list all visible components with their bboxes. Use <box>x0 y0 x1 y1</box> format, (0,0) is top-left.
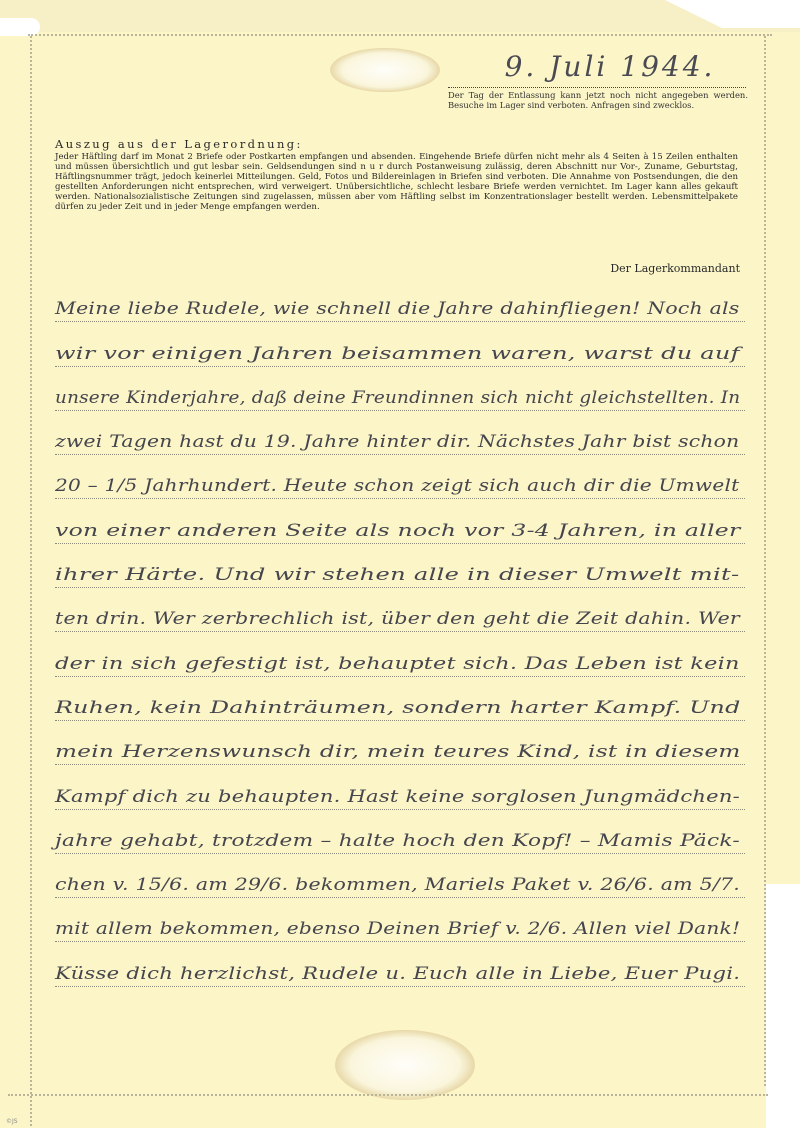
date-rule <box>448 87 746 88</box>
letter-line-text: der in sich gefestigt ist, behauptet sic… <box>55 654 740 674</box>
letter-line: mit allem bekommen, ebenso Deinen Brief … <box>55 898 745 942</box>
letter-line: mein Herzenswunsch dir, mein teures Kind… <box>55 721 745 765</box>
letter-line-text: wir vor einigen Jahren beisammen waren, … <box>55 344 740 364</box>
perforation-line <box>764 36 766 1086</box>
release-notice: Der Tag der Entlassung kann jetzt noch n… <box>448 90 748 110</box>
perforation-line <box>28 34 772 36</box>
letter-line-text: von einer anderen Seite als noch vor 3-4… <box>55 521 741 541</box>
letter-line: von einer anderen Seite als noch vor 3-4… <box>55 499 745 543</box>
letter-line-text: Ruhen, kein Dahinträumen, sondern harter… <box>55 698 741 718</box>
letter-line: chen v. 15/6. am 29/6. bekommen, Mariels… <box>55 854 745 898</box>
letter-line-text: ten drin. Wer zerbrechlich ist, über den… <box>55 609 740 629</box>
letter-line: Kampf dich zu behaupten. Hast keine sorg… <box>55 765 745 809</box>
letter-line-text: unsere Kinderjahre, daß deine Freundinne… <box>55 388 740 408</box>
letter-line: Küsse dich herzlichst, Rudele u. Euch al… <box>55 942 745 986</box>
letter-line-text: 20 – 1/5 Jahrhundert. Heute schon zeigt … <box>55 476 739 496</box>
letter-line-text: Küsse dich herzlichst, Rudele u. Euch al… <box>55 964 740 984</box>
letter-line: wir vor einigen Jahren beisammen waren, … <box>55 322 745 366</box>
letter-line-text: Kampf dich zu behaupten. Hast keine sorg… <box>55 787 740 807</box>
letter-line-text: ihrer Härte. Und wir stehen alle in dies… <box>55 565 739 585</box>
letter-line: zwei Tagen hast du 19. Jahre hinter dir.… <box>55 411 745 455</box>
letter-line: ten drin. Wer zerbrechlich ist, über den… <box>55 588 745 632</box>
missing-paper-region <box>766 884 800 1140</box>
letter-line: Ruhen, kein Dahinträumen, sondern harter… <box>55 677 745 721</box>
letter-line: 20 – 1/5 Jahrhundert. Heute schon zeigt … <box>55 455 745 499</box>
page-margin <box>0 1128 800 1140</box>
letter-line-text: chen v. 15/6. am 29/6. bekommen, Mariels… <box>55 875 740 895</box>
perforation-line <box>30 36 32 1126</box>
letter-line-text: jahre gehabt, trotzdem – halte hoch den … <box>55 831 740 851</box>
commandant-signature: Der Lagerkommandant <box>560 262 740 275</box>
handwritten-letter: Meine liebe Rudele, wie schnell die Jahr… <box>55 278 745 987</box>
water-stain <box>335 1030 475 1100</box>
letter-line: der in sich gefestigt ist, behauptet sic… <box>55 632 745 676</box>
letter-line-text: mit allem bekommen, ebenso Deinen Brief … <box>55 919 740 939</box>
letter-line-text: zwei Tagen hast du 19. Jahre hinter dir.… <box>55 432 739 452</box>
copyright-mark: ©JS <box>6 1118 18 1125</box>
water-stain <box>330 48 440 92</box>
perforation-line <box>8 1094 768 1096</box>
letter-line: Meine liebe Rudele, wie schnell die Jahr… <box>55 278 745 322</box>
regulations-text: Jeder Häftling darf im Monat 2 Briefe od… <box>55 152 738 213</box>
letter-line: jahre gehabt, trotzdem – halte hoch den … <box>55 810 745 854</box>
letter-line: ihrer Härte. Und wir stehen alle in dies… <box>55 544 745 588</box>
letter-line-text: mein Herzenswunsch dir, mein teures Kind… <box>55 742 741 762</box>
handwritten-date: 9. Juli 1944. <box>470 50 750 83</box>
letter-line-text: Meine liebe Rudele, wie schnell die Jahr… <box>55 299 740 319</box>
regulations-title: Auszug aus der Lagerordnung: <box>55 137 303 151</box>
letter-line: unsere Kinderjahre, daß deine Freundinne… <box>55 367 745 411</box>
